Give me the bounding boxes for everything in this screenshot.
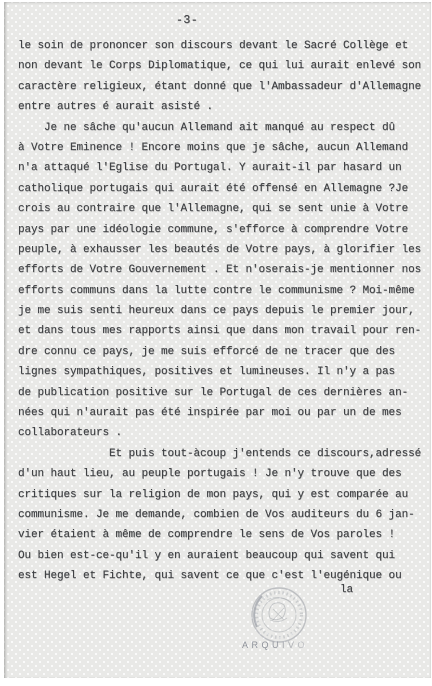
stamp-label: ARQUIVO [242, 640, 316, 650]
scanned-page: -3- le soin de prononcer son discours de… [0, 0, 432, 686]
text-line: efforts communs dans la lutte contre le … [18, 281, 428, 301]
text-line: efforts de Votre Gouvernement . Et n'ose… [18, 260, 428, 280]
text-line: est Hegel et Fichte, qui savent ce que c… [18, 566, 428, 586]
text-line: non devant le Corps Diplomatique, ce qui… [18, 56, 428, 76]
text-line: entre autres é aurait asisté . [18, 97, 428, 117]
text-line: collaborateurs . [18, 423, 428, 443]
text-line: nées qui n'aurait pas été inspirée par m… [18, 403, 428, 423]
text-line: caractère religieux, étant donné que l'A… [18, 77, 428, 97]
text-line: Je ne sâche qu'aucun Allemand ait manqué… [18, 118, 428, 138]
text-line: Ou bien est-ce-qu'il y en auraient beauc… [18, 546, 428, 566]
document-lines: le soin de prononcer son discours devant… [18, 36, 428, 587]
paper-background: -3- le soin de prononcer son discours de… [4, 2, 431, 678]
text-line: Et puis tout-àcoup j'entends ce discours… [18, 444, 428, 464]
text-line: le soin de prononcer son discours devant… [18, 36, 428, 56]
text-line: de publication positive sur le Portugal … [18, 383, 428, 403]
text-line: communisme. Je me demande, combien de Vo… [18, 505, 428, 525]
text-line: à Votre Eminence ! Encore moins que je s… [18, 138, 428, 158]
text-line: et dans tous mes rapports ainsi que dans… [18, 321, 428, 341]
text-line: lignes sympathiques, positives et lumine… [18, 362, 428, 382]
text-line: vier étaient à même de comprendre le sen… [18, 525, 428, 545]
text-line: je me suis senti heureux dans ce pays de… [18, 301, 428, 321]
text-line: dre connu ce pays, je me suis efforcé de… [18, 342, 428, 362]
text-line: pays par une idéologie commune, s'efforc… [18, 220, 428, 240]
text-line: peuple, à exhausser les beautés de Votre… [18, 240, 428, 260]
text-line: catholique portugais qui aurait été offe… [18, 179, 428, 199]
text-line: crois au contraire que l'Allemagne, qui … [18, 199, 428, 219]
stamp-seal-icon [240, 582, 318, 662]
catchword: la [340, 584, 353, 596]
text-line: d'un haut lieu, au peuple portugais ! Je… [18, 464, 428, 484]
text-line: n'a attaqué l'Eglise du Portugal. Y aura… [18, 158, 428, 178]
archive-stamp: ARQUIVO [240, 582, 318, 662]
text-line: critiques sur la religion de mon pays, q… [18, 485, 428, 505]
page-number: -3- [176, 14, 198, 27]
